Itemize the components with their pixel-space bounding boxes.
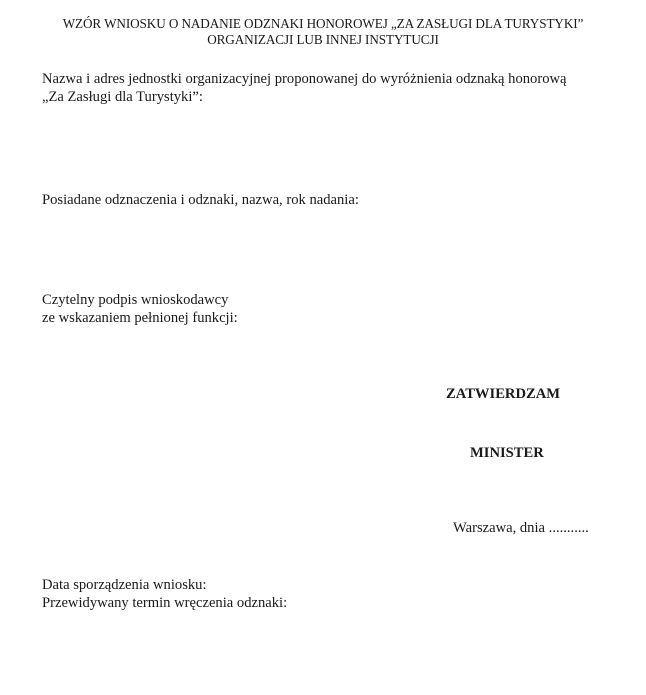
document-title-line-1: WZÓR WNIOSKU O NADANIE ODZNAKI HONOROWEJ… <box>0 16 646 32</box>
signature-label-line-2: ze wskazaniem pełnionej funkcji: <box>42 309 238 327</box>
unit-name-label-line-2: „Za Zasługi dla Turystyki”: <box>42 88 203 106</box>
planned-date-label: Przewidywany termin wręczenia odznaki: <box>42 594 287 612</box>
minister-heading: MINISTER <box>470 444 544 462</box>
signature-label-line-1: Czytelny podpis wnioskodawcy <box>42 291 228 309</box>
document-title-line-2: ORGANIZACJI LUB INNEJ INSTYTUCJI <box>0 32 646 48</box>
approve-heading: ZATWIERDZAM <box>446 385 560 403</box>
unit-name-label-line-1: Nazwa i adres jednostki organizacyjnej p… <box>42 70 567 88</box>
place-date-line: Warszawa, dnia ........... <box>453 519 589 537</box>
date-prepared-label: Data sporządzenia wniosku: <box>42 576 207 594</box>
awards-label: Posiadane odznaczenia i odznaki, nazwa, … <box>42 191 359 209</box>
